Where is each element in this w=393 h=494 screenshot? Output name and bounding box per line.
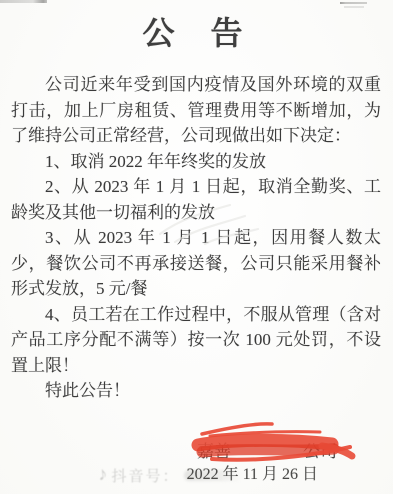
- red-scribble-redaction: [182, 414, 358, 468]
- photo-edge-artifact-top-left: [0, 0, 47, 3]
- decision-item-1: 1、取消 2022 年年终奖的发放: [11, 149, 381, 175]
- closing-line: 特此公告！: [11, 378, 381, 404]
- douyin-watermark-label: 抖音号：: [112, 465, 180, 486]
- intro-paragraph: 公司近来年受到国内疫情及国外环境的双重打击，加上厂房租赁、管理费用等不断增加，为…: [11, 72, 381, 149]
- paper-crease-smudge: [150, 192, 270, 250]
- douyin-note-icon: ♪: [97, 464, 109, 487]
- decision-item-4: 4、员工若在工作过程中，不服从管理（含对产品工序分配不满等）按一次 100 元处…: [11, 302, 381, 379]
- announcement-photo: 公 告 公司近来年受到国内疫情及国外环境的双重打击，加上厂房租赁、管理费用等不断…: [0, 0, 393, 494]
- photo-edge-artifact-top-right: [340, 2, 367, 4]
- page-title: 公 告: [0, 8, 387, 54]
